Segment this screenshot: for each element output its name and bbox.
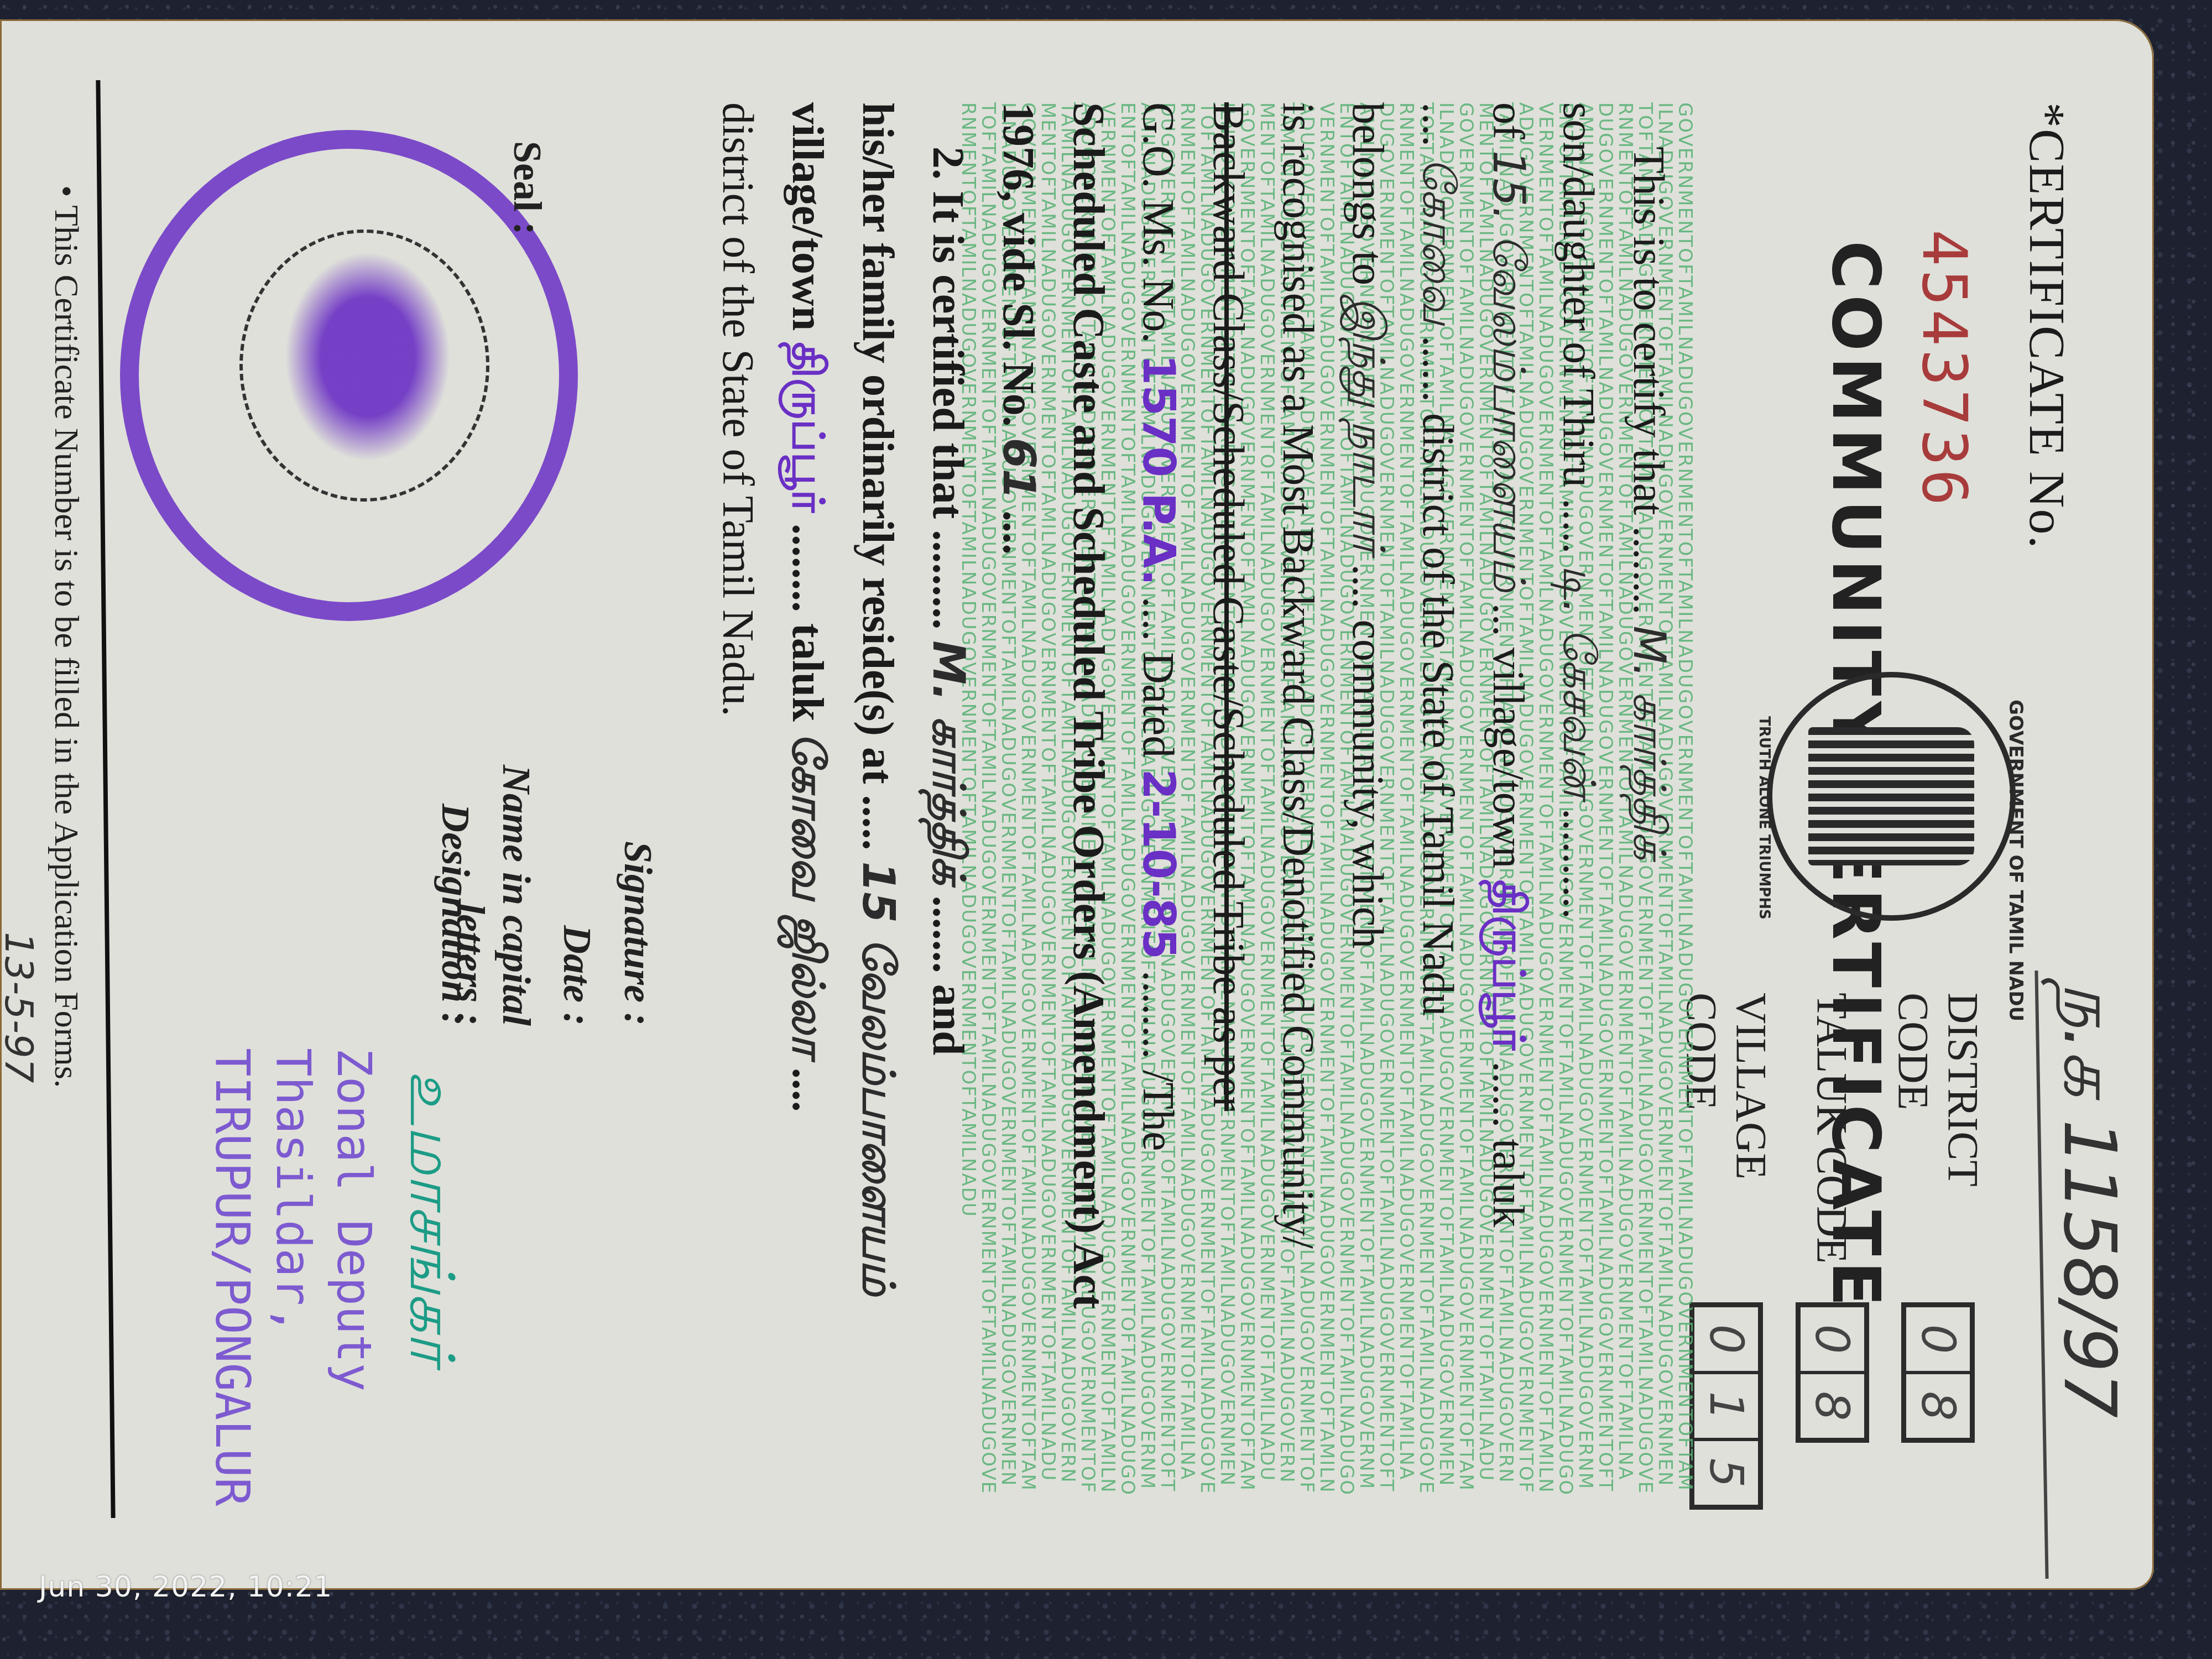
code-boxes: DISTRICT CODE 0 8 TALUK CODE 0 8 VILLAGE… bbox=[1657, 993, 1988, 1510]
taluk-code-label: TALUK CODE bbox=[1808, 993, 1858, 1302]
footnote: • This Certificate Number is to be fille… bbox=[46, 185, 86, 1088]
certificate-no-value: 4543736 bbox=[1909, 229, 1980, 509]
handwritten-issue-date: 13-5-97 bbox=[0, 932, 41, 1083]
certificate-body: GOVERNMENTOFTAMILNADUGOVERNMENTOFTAMILNA… bbox=[683, 102, 1695, 1496]
text-line: district of the State of Tamil Nadu. bbox=[703, 102, 773, 1496]
seal-label: Seal : bbox=[504, 141, 550, 235]
tamil-nadu-emblem-icon bbox=[1767, 672, 2016, 921]
residence-address: 15 வேலம்பாளையம் bbox=[853, 862, 904, 1296]
holder-name: M. கார்த்திக் bbox=[1624, 626, 1675, 860]
code-digit: 5 bbox=[1695, 1441, 1759, 1505]
taluk-stamp: திருப்பூர் bbox=[1483, 880, 1535, 1051]
text-line: son/daughter of Thiru ..... டி. கேசவன் .… bbox=[1543, 102, 1614, 1496]
holder-name-repeat: M. கார்த்திக் bbox=[923, 640, 974, 884]
handwritten-signature: உமாசங்கர் bbox=[388, 1070, 467, 1364]
text-line: 1976, vide Sl. No. 61 .... bbox=[983, 102, 1053, 1496]
footer-divider bbox=[96, 80, 115, 1518]
village-name: 15. வேலம்பாளையம் bbox=[1483, 150, 1535, 592]
seal-ink-blot bbox=[285, 252, 451, 462]
emblem-motto: TRUTH ALONE TRIUMPHS bbox=[1756, 716, 1772, 920]
text-line: village/town திருப்பூர் ........ taluk க… bbox=[773, 102, 843, 1496]
temple-gopuram-icon bbox=[1808, 727, 1974, 865]
text-line: Scheduled Caste and Scheduled Tribe Orde… bbox=[1053, 102, 1123, 1496]
text-line: Backward Class/Scheduled Caste/Scheduled… bbox=[1193, 102, 1263, 1496]
village-code-box: 0 1 5 bbox=[1690, 1302, 1764, 1510]
text-line: 2. It is certified that ......... M. கார… bbox=[913, 102, 983, 1496]
text-line: is recognised as a Most Backward Class/D… bbox=[1263, 102, 1333, 1496]
photo-timestamp: Jun 30, 2022, 10:21 bbox=[39, 1571, 332, 1604]
rotated-certificate: *CERTIFICATE No. 4543736 COMMUNITY CERTI… bbox=[0, 19, 2154, 1590]
office-stamp-line: TIRUPUR/PONGALUR bbox=[202, 1048, 263, 1590]
district-code-label: DISTRICT CODE bbox=[1888, 993, 1988, 1302]
parent-name: டி. கேசவன் bbox=[1553, 565, 1605, 797]
certificate-no-label: *CERTIFICATE No. bbox=[2018, 102, 2077, 549]
go-date-stamp: 2-10-85 bbox=[1133, 769, 1185, 959]
community-name: இந்து நாடார் bbox=[1343, 296, 1394, 553]
code-digit: 0 bbox=[1907, 1307, 1970, 1374]
taluk-code-box: 0 8 bbox=[1796, 1302, 1869, 1443]
serial-number: 61 bbox=[993, 438, 1045, 499]
go-number-stamp: 1570 P.A. bbox=[1133, 354, 1185, 586]
designation-stamp-line: Zonal Deputy Thasildar, bbox=[263, 1048, 384, 1590]
district-code-row: DISTRICT CODE 0 8 bbox=[1888, 993, 1988, 1510]
text-line: belongs to இந்து நாடார் .... community, … bbox=[1333, 102, 1403, 1496]
code-digit: 0 bbox=[1695, 1307, 1759, 1374]
code-digit: 0 bbox=[1801, 1307, 1864, 1374]
residence-district: கோவை ஜில்லா bbox=[782, 733, 834, 1057]
district-code-box: 0 8 bbox=[1902, 1302, 1975, 1443]
name-label: Name in capital letters : bbox=[478, 683, 539, 1026]
text-line: of 15. வேலம்பாளையம் ... village/town திர… bbox=[1473, 102, 1543, 1496]
taluk-code-row: TALUK CODE 0 8 bbox=[1796, 993, 1869, 1510]
code-digit: 8 bbox=[1801, 1374, 1864, 1438]
text-line: his/her family ordinarily reside(s) at .… bbox=[843, 102, 913, 1496]
date-label: Date : bbox=[539, 683, 600, 1026]
text-line: G.O. Ms. No. 1570 P.A. .... Dated 2-10-8… bbox=[1123, 102, 1193, 1496]
text-line: .... கோவை ...... district of the State o… bbox=[1403, 102, 1473, 1496]
district-name: கோவை bbox=[1413, 158, 1464, 325]
official-designation-stamp: Zonal Deputy Thasildar, TIRUPUR/PONGALUR bbox=[202, 1048, 384, 1590]
code-digit: 8 bbox=[1907, 1374, 1970, 1438]
handwritten-reference: ந.க 1158/97 bbox=[2038, 982, 2132, 1418]
emblem-top-text: GOVERNMENT OF TAMIL NADU bbox=[2005, 700, 2027, 1021]
code-digit: 1 bbox=[1695, 1374, 1759, 1441]
certificate-text: This is to certify that ........ M. கார்… bbox=[683, 102, 1695, 1496]
text-line: This is to certify that ........ M. கார்… bbox=[1614, 102, 1684, 1496]
town-stamp: திருப்பூர் bbox=[782, 342, 834, 513]
signature-label: Signature : bbox=[600, 683, 661, 1026]
designation-label: Designation : bbox=[418, 683, 478, 1026]
